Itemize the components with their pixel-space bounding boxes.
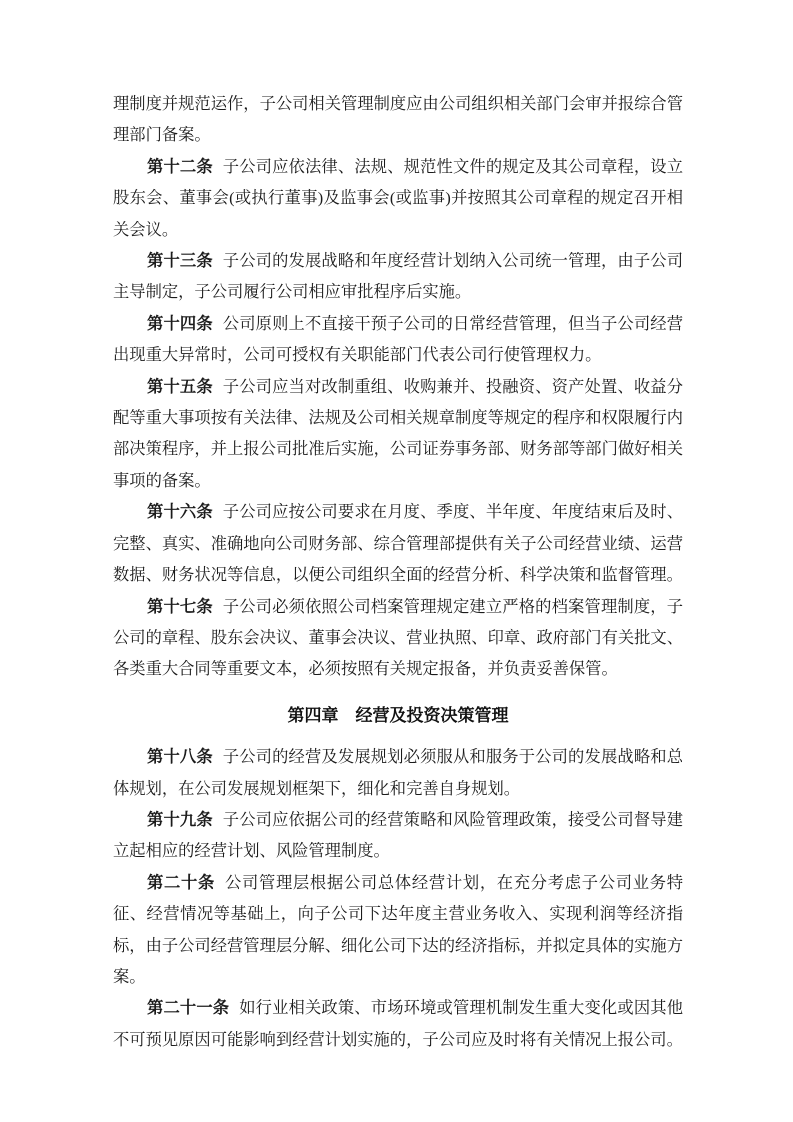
article-15-paragraph: 第十五条子公司应当对改制重组、收购兼并、投融资、资产处置、收益分配等重大事项按有…	[113, 371, 683, 497]
article-20-paragraph: 第二十条公司管理层根据公司总体经营计划，在充分考虑子公司业务特征、经营情况等基础…	[113, 867, 683, 993]
article-14-paragraph: 第十四条公司原则上不直接干预子公司的日常经营管理，但当子公司经营出现重大异常时，…	[113, 308, 683, 371]
article-13-paragraph: 第十三条子公司的发展战略和年度经营计划纳入公司统一管理，由子公司主导制定，子公司…	[113, 245, 683, 308]
article-13-number: 第十三条	[147, 251, 213, 270]
article-21-number: 第二十一条	[147, 998, 229, 1017]
article-17-number: 第十七条	[147, 597, 213, 616]
article-12-paragraph: 第十二条子公司应依法律、法规、规范性文件的规定及其公司章程，设立股东会、董事会(…	[113, 151, 683, 245]
article-21-paragraph: 第二十一条如行业相关政策、市场环境或管理机制发生重大变化或因其他不可预见原因可能…	[113, 992, 683, 1055]
document-page: 理制度并规范运作，子公司相关管理制度应由公司组织相关部门会审并报综合管理部门备案…	[0, 0, 793, 1122]
article-17-paragraph: 第十七条子公司必须依照公司档案管理规定建立严格的档案管理制度，子公司的章程、股东…	[113, 591, 683, 685]
article-18-number: 第十八条	[147, 747, 213, 766]
article-16-paragraph: 第十六条子公司应按公司要求在月度、季度、半年度、年度结束后及时、完整、真实、准确…	[113, 496, 683, 590]
article-19-paragraph: 第十九条子公司应依据公司的经营策略和风险管理政策，接受公司督导建立起相应的经营计…	[113, 804, 683, 867]
article-14-number: 第十四条	[147, 314, 213, 333]
article-16-number: 第十六条	[147, 502, 213, 521]
chapter-4-heading: 第四章 经营及投资决策管理	[113, 700, 683, 731]
article-20-number: 第二十条	[147, 873, 215, 892]
paragraph-continuation: 理制度并规范运作，子公司相关管理制度应由公司组织相关部门会审并报综合管理部门备案…	[113, 88, 683, 151]
article-15-number: 第十五条	[147, 377, 213, 396]
document-content: 理制度并规范运作，子公司相关管理制度应由公司组织相关部门会审并报综合管理部门备案…	[113, 88, 683, 1055]
article-12-number: 第十二条	[147, 157, 213, 176]
article-18-paragraph: 第十八条子公司的经营及发展规划必须服从和服务于公司的发展战略和总体规划，在公司发…	[113, 741, 683, 804]
article-19-number: 第十九条	[147, 810, 213, 829]
